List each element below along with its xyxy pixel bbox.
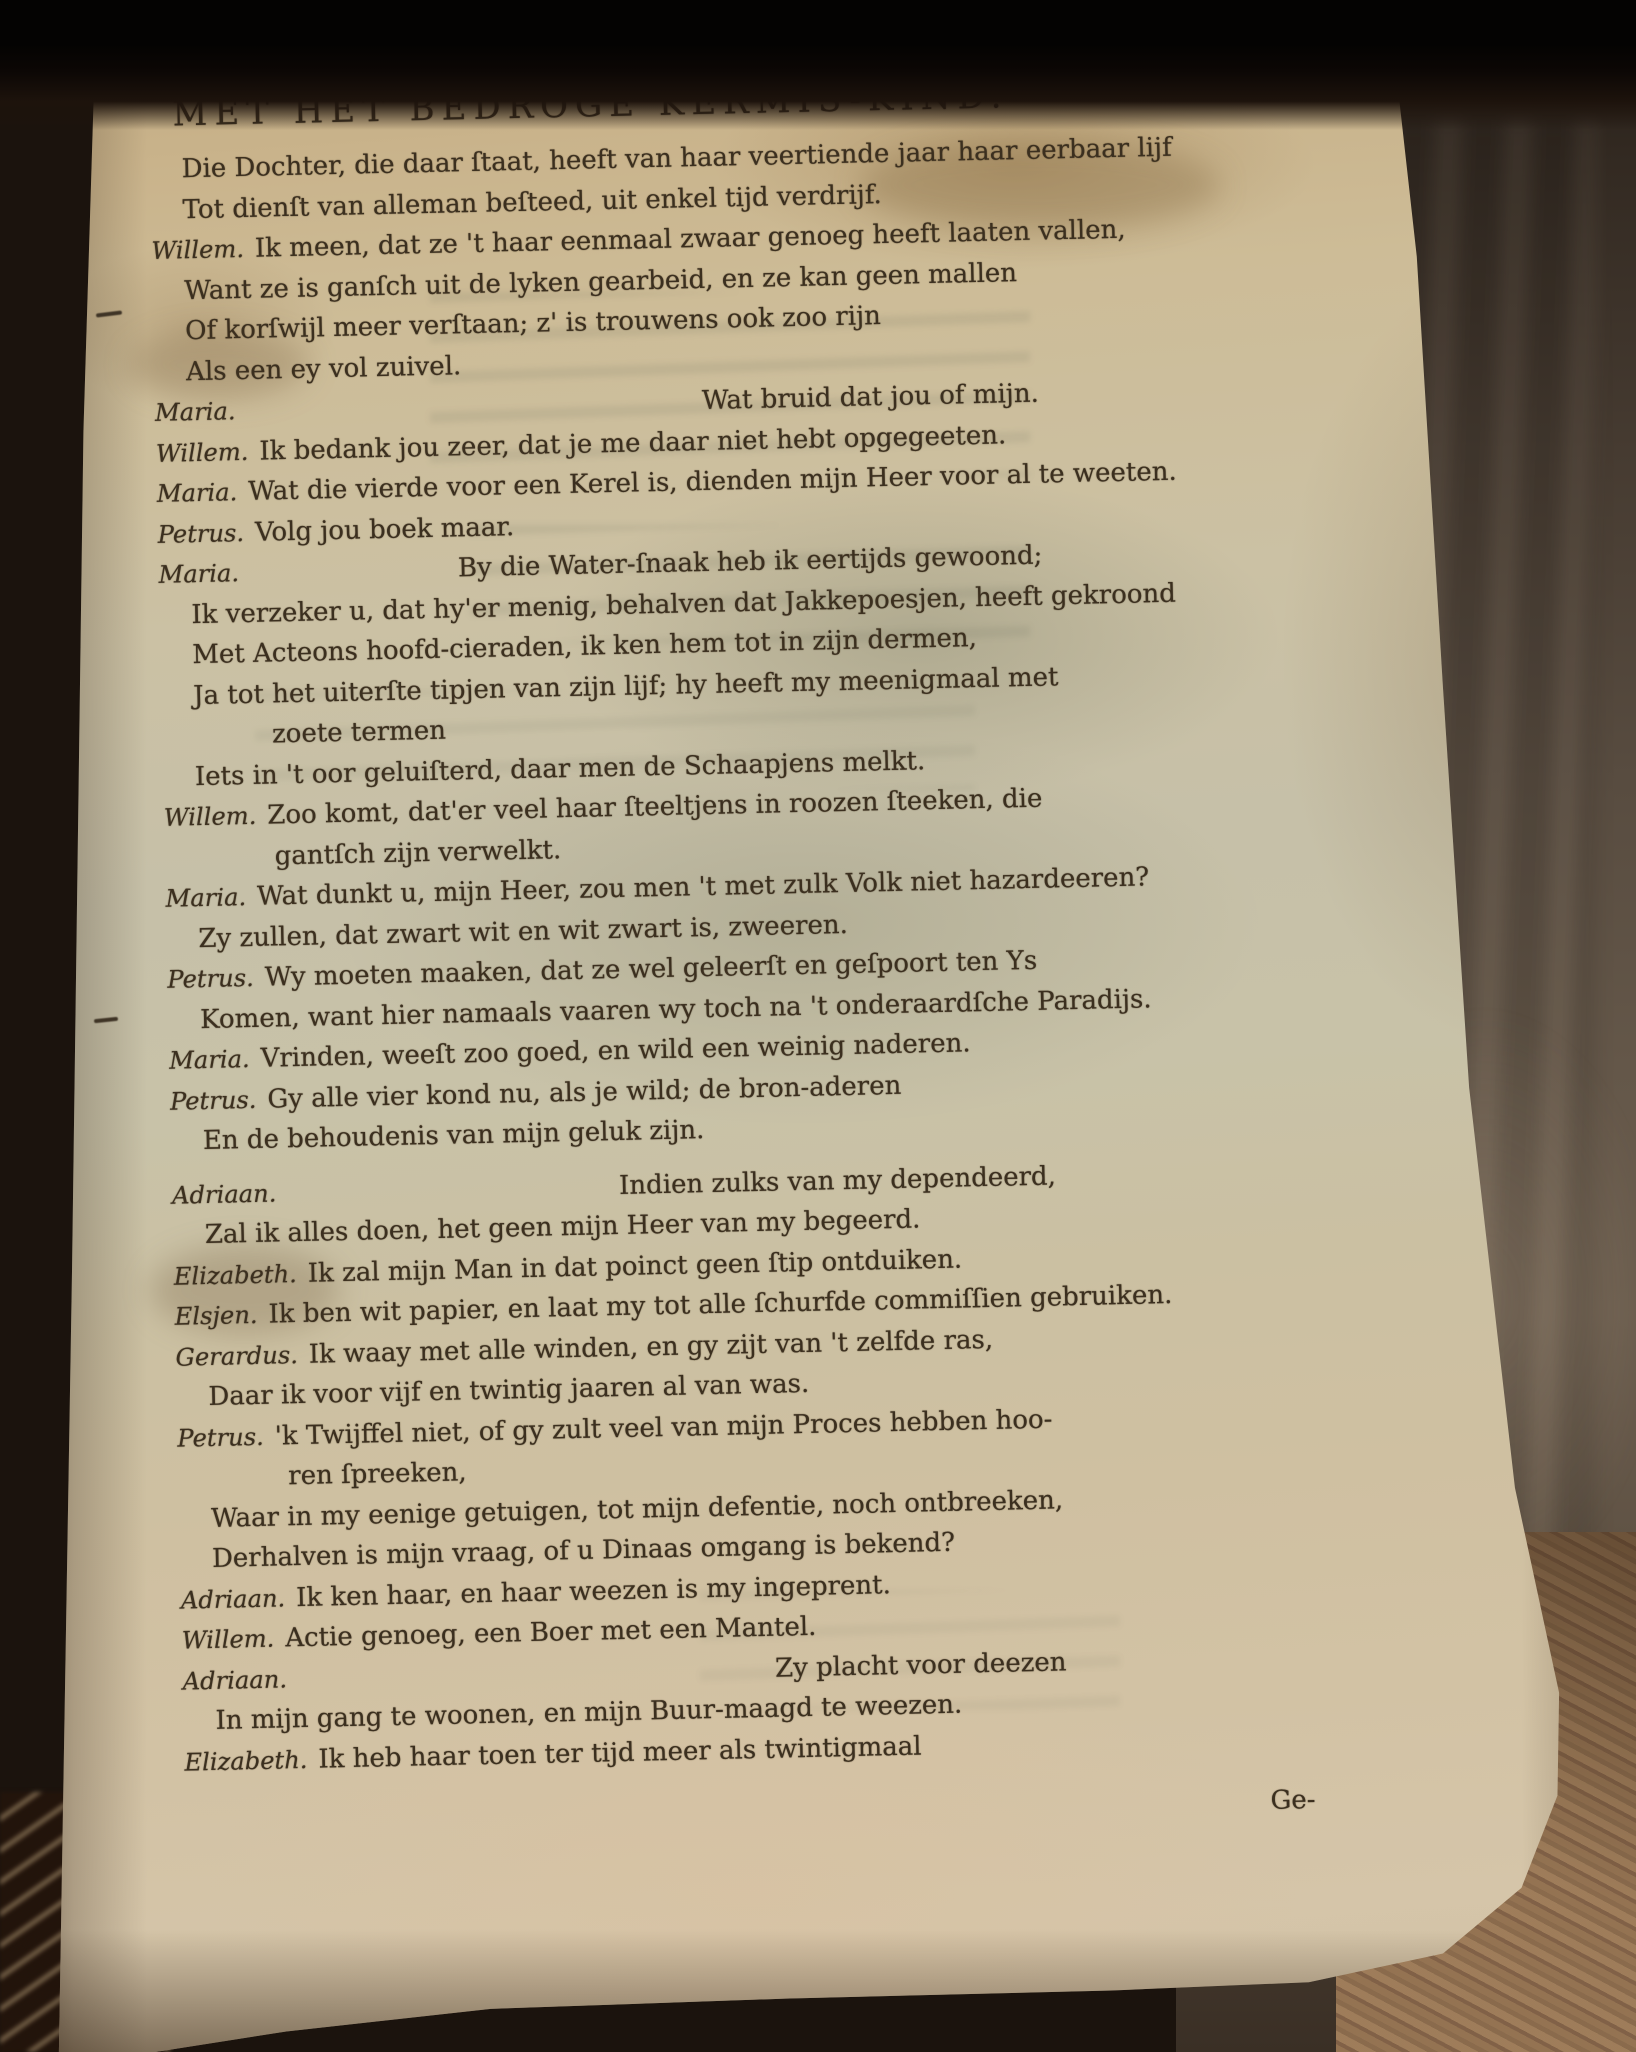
- speaker-label: Willem.: [164, 802, 257, 832]
- verse-text: Zy placht voor deezen: [775, 1642, 1067, 1689]
- verse-text: Daar ik voor vijf en twintig jaaren al v…: [208, 1369, 809, 1412]
- speaker-label: Maria.: [165, 883, 246, 913]
- verse-text: Actie genoeg, een Boer met een Mantel.: [285, 1612, 817, 1654]
- verse-text: ren ſpreeken,: [288, 1457, 467, 1491]
- speaker-label: Willem.: [156, 437, 249, 467]
- speaker-label: Petrus.: [170, 1085, 257, 1115]
- verse-text: gantſch zijn verwelkt.: [274, 835, 561, 871]
- speaker-label: Willem.: [151, 235, 244, 265]
- speaker-label: Petrus.: [177, 1422, 264, 1452]
- verse-text: zoete termen: [272, 716, 447, 750]
- speaker-label: Adriaan.: [181, 1584, 286, 1614]
- speaker-label: Adriaan.: [172, 1173, 277, 1216]
- speaker-label: Petrus.: [157, 519, 244, 549]
- printed-text: MET HET BEDROGE KERMIS-KIND. 7 Die Docht…: [148, 73, 1070, 1845]
- speaker-label: Maria.: [156, 478, 237, 508]
- speaker-label: Petrus.: [167, 964, 254, 994]
- book-page: MET HET BEDROGE KERMIS-KIND. 7 Die Docht…: [0, 0, 1636, 2052]
- speaker-label: Maria.: [169, 1045, 250, 1075]
- speaker-label: Elizabeth.: [174, 1260, 298, 1291]
- speaker-label: Adriaan.: [182, 1659, 287, 1702]
- dark-top-edge: [0, 0, 1636, 130]
- speaker-label: Willem.: [181, 1625, 274, 1655]
- text-lines: Die Dochter, die daar ſtaat, heeft van h…: [149, 131, 1068, 1783]
- speaker-label: Elsjen.: [174, 1301, 257, 1331]
- verse-text: Volg jou boek maar.: [255, 512, 515, 548]
- speaker-label: Gerardus.: [175, 1341, 298, 1372]
- verse-text: Wat bruid dat jou of mijn.: [702, 374, 1040, 422]
- speaker-label: Maria.: [155, 391, 236, 433]
- verse-text: Ik heb haar toen ter tijd meer als twint…: [318, 1731, 922, 1774]
- speaker-label: Elizabeth.: [184, 1745, 308, 1776]
- verse-text: Als een ey vol zuivel.: [186, 351, 462, 387]
- verse-text: Gy alle vier kond nu, als je wild; de br…: [267, 1070, 902, 1114]
- book-photo: MET HET BEDROGE KERMIS-KIND. 7 Die Docht…: [0, 0, 1636, 2052]
- speaker-label: Maria.: [158, 553, 239, 595]
- verse-text: En de behoudenis van mijn geluk zijn.: [203, 1115, 705, 1156]
